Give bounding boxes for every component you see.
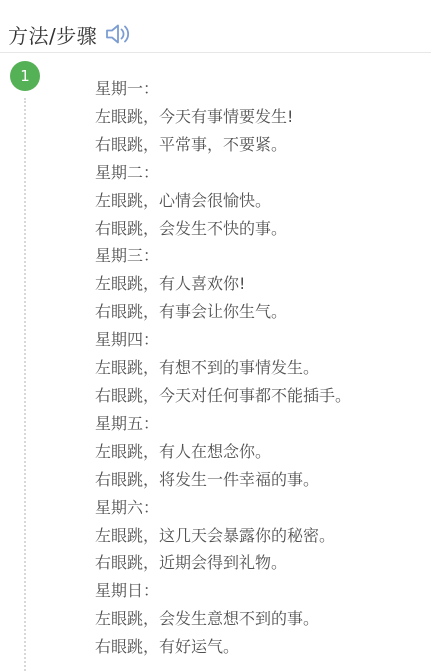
step-text-line: 左眼跳，有想不到的事情发生。 (95, 354, 421, 382)
step-text-line: 右眼跳，今天对任何事都不能插手。 (95, 382, 421, 410)
step-text-line: 左眼跳，有人在想念你。 (95, 438, 421, 466)
text-to-speech-button[interactable] (104, 22, 132, 46)
section-header: 方法/步骤 (0, 0, 431, 53)
step-text-line: 右眼跳，有好运气。 (95, 633, 421, 661)
section-title: 方法/步骤 (8, 20, 97, 49)
steps-section: 方法/步骤 1 星期一：左眼跳，今天有事情要发生!右眼跳，平常事，不要紧。星期二… (0, 0, 431, 671)
speaker-icon (105, 23, 131, 45)
step-text-line: 右眼跳，会发生不快的事。 (95, 215, 421, 243)
step-text-line: 右眼跳，平常事，不要紧。 (95, 131, 421, 159)
step-text-line: 星期四： (95, 326, 421, 354)
step-text-line: 右眼跳，近期会得到礼物。 (95, 549, 421, 577)
step-text-line: 左眼跳，这几天会暴露你的秘密。 (95, 522, 421, 550)
step-text-line: 星期六： (95, 494, 421, 522)
step-text-line: 星期日： (95, 577, 421, 605)
step-connector-dotted-line (24, 98, 26, 671)
step-text-line: 左眼跳，心情会很愉快。 (95, 187, 421, 215)
step-text-line: 星期一： (95, 75, 421, 103)
step-text-line: 星期五： (95, 410, 421, 438)
step-text-line: 右眼跳，将发生一件幸福的事。 (95, 466, 421, 494)
step-text: 星期一：左眼跳，今天有事情要发生!右眼跳，平常事，不要紧。星期二：左眼跳，心情会… (95, 75, 421, 661)
step-text-line: 左眼跳，今天有事情要发生! (95, 103, 421, 131)
step-text-line: 星期三： (95, 242, 421, 270)
step-text-line: 右眼跳，有事会让你生气。 (95, 298, 421, 326)
step-text-line: 左眼跳，有人喜欢你! (95, 270, 421, 298)
step-text-line: 左眼跳，会发生意想不到的事。 (95, 605, 421, 633)
step-text-line: 星期二： (95, 159, 421, 187)
step-number-badge: 1 (10, 61, 40, 91)
